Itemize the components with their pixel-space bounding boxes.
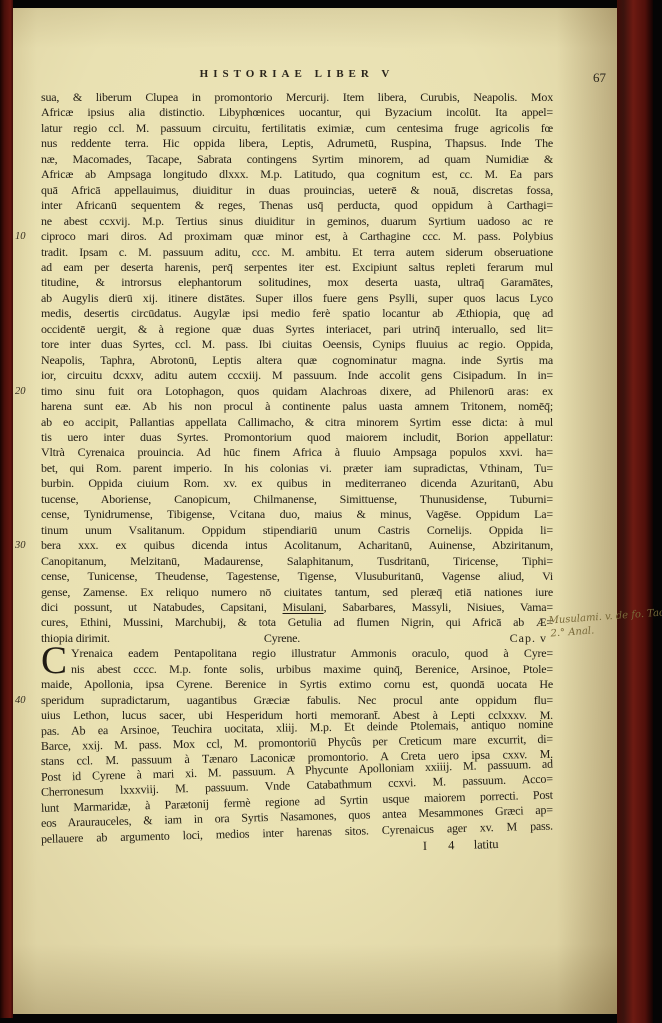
scanned-book-photo: HISTORIAE LIBER V 67 sua, & liberum Clup…: [0, 0, 662, 1023]
margin-line-number: 40: [15, 693, 26, 708]
text-line: 10ciproco mari diros. Ad proximam quæ mi…: [41, 229, 553, 244]
text-line: Africæ ab Ampsaga longitudo dlxxx. M.p. …: [41, 167, 553, 182]
text-line: cures, Ethini, Mussini, Marchubij, & tot…: [41, 615, 553, 630]
text-line: dici possunt, ut Natabudes, Capsitani, M…: [41, 600, 553, 615]
book-cover-edge-left: [0, 0, 13, 1018]
underlined-word: Misulani: [283, 600, 324, 614]
text-line: Neapolis, Taphra, Abrotonū, Leptis alter…: [41, 353, 553, 368]
text-line: ad eam per deserta harenis, perq̄ serpen…: [41, 260, 553, 275]
body-part1: sua, & liberum Clupea in promontorio Mer…: [41, 90, 553, 631]
text-line: 40speridum supradictarum, uagantibus Græ…: [41, 693, 553, 708]
text-line: tis uero inter duas Syrtes. Promontorium…: [41, 430, 553, 445]
text-line: titudine, & introrsus elephantorum solit…: [41, 275, 553, 290]
text-line: tucense, Aboriense, Canopicum, Chilmanen…: [41, 492, 553, 507]
book-page: HISTORIAE LIBER V 67 sua, & liberum Clup…: [13, 8, 617, 1014]
text-line: ne abest ccxvij. M.p. Tertius sinus diui…: [41, 214, 553, 229]
text-line: ab Augylis dierū xij. itinere distātes. …: [41, 291, 553, 306]
text-line: maide, Apollonia, ipsa Cyrene. Berenice …: [41, 677, 553, 692]
text-line: nus reddente terra. Hic oppida libera, L…: [41, 136, 553, 151]
text-line: tradit. Ipsam c. M. passuum aditu, ccc. …: [41, 245, 553, 260]
text-line: cense, Tynidrumense, Tibigense, Vcitana …: [41, 507, 553, 522]
catchword: latitu: [474, 837, 499, 853]
text-line: gense, Zamense. Ex reliquo numero nō ciu…: [41, 585, 553, 600]
text-line: inter Africanū sequentem & reges, Thenas…: [41, 198, 553, 213]
margin-line-number: 10: [15, 229, 26, 244]
text-line: 30bera xxx. ex quibus dicenda intus Acol…: [41, 538, 553, 553]
text-line: Africæ ipsius alia distinctio. Libyphœni…: [41, 105, 553, 120]
text-line: medis, desertis circūdatus. Augylæ ipsi …: [41, 306, 553, 321]
text-line: ior, circuitu dcxxv, aditu autem cccxiij…: [41, 368, 553, 383]
text-line: Canopitanum, Melzitanū, Madaurense, Sala…: [41, 554, 553, 569]
text-line: Vltrà Cyrenaica prouincia. Ad hūc finem …: [41, 445, 553, 460]
body-part2-lines: Yrenaica eadem Pentapolitana regio illus…: [41, 646, 553, 847]
text-line: cense, Tunicense, Theudense, Tagestense,…: [41, 569, 553, 584]
text-line: tinum unum Vsalitanum. Oppidum stipendia…: [41, 523, 553, 538]
page-header: HISTORIAE LIBER V 67: [41, 68, 553, 86]
text-line: næ, Macomades, Tacape, Sabrata contingen…: [41, 152, 553, 167]
text-block: sua, & liberum Clupea in promontorio Mer…: [41, 90, 553, 865]
text-segment: dici possunt, ut Natabudes, Capsitani,: [41, 600, 283, 614]
text-segment: , Sabarbares, Massyli, Nisiues, Vama=: [324, 600, 553, 614]
text-line: bet, qui Rom. parent imperio. In his col…: [41, 461, 553, 476]
text-line: burbin. Oppida ciuium Rom. xv. ex quibus…: [41, 476, 553, 491]
text-line: Yrenaica eadem Pentapolitana regio illus…: [41, 646, 553, 661]
text-line: quā Africā appellauimus, diuiditur in du…: [41, 183, 553, 198]
margin-line-number: 30: [15, 538, 26, 553]
text-line: tore inter duas Syrtes, ccl. M. pass. Ib…: [41, 337, 553, 352]
chapter-heading-line: thiopia dirimit. Cyrene. Cap. v: [41, 631, 553, 646]
text-line: ab eo accipit, Pallantias appellata Call…: [41, 415, 553, 430]
page-number: 67: [593, 70, 606, 86]
running-header: HISTORIAE LIBER V: [41, 68, 553, 80]
chapter-number: Cap. v: [330, 631, 553, 646]
text-line: harena sunt eæ. Ab his non procul à cont…: [41, 399, 553, 414]
paragraph-end-text: thiopia dirimit.: [41, 631, 264, 646]
text-line: occidentē uergit, & à regione quæ duas S…: [41, 322, 553, 337]
text-line: latur regio ccl. M. passuum circuitu, fe…: [41, 121, 553, 136]
body-part2: C Yrenaica eadem Pentapolitana regio ill…: [41, 646, 553, 847]
signature-mark: I 4: [423, 838, 464, 855]
text-line: nis abest cccc. M.p. fonte solis, urbibu…: [41, 662, 553, 677]
text-line: 20timo sinu fuit ora Lotophagon, quos qu…: [41, 384, 553, 399]
chapter-title: Cyrene.: [264, 631, 330, 646]
text-line: sua, & liberum Clupea in promontorio Mer…: [41, 90, 553, 105]
margin-line-number: 20: [15, 384, 26, 399]
book-cover-edge-right: [617, 0, 653, 1023]
